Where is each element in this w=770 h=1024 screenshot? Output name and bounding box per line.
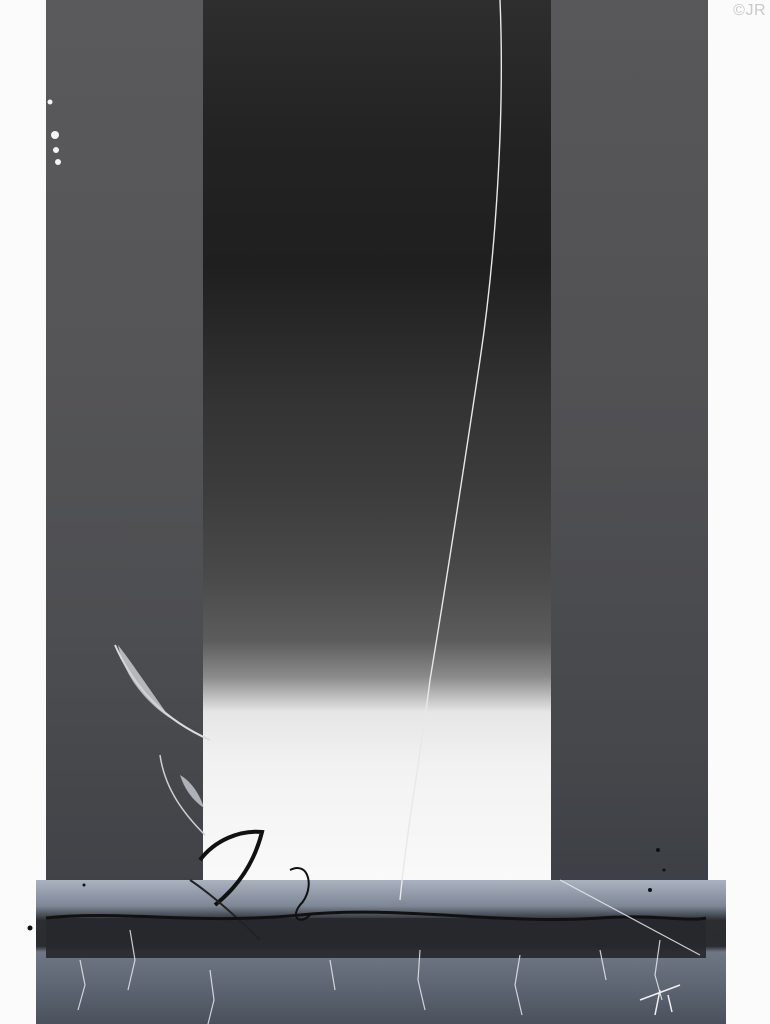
copyright-mark: ©JR bbox=[733, 2, 766, 20]
ink-marks bbox=[0, 0, 770, 1024]
artwork: ©JR bbox=[0, 0, 770, 1024]
